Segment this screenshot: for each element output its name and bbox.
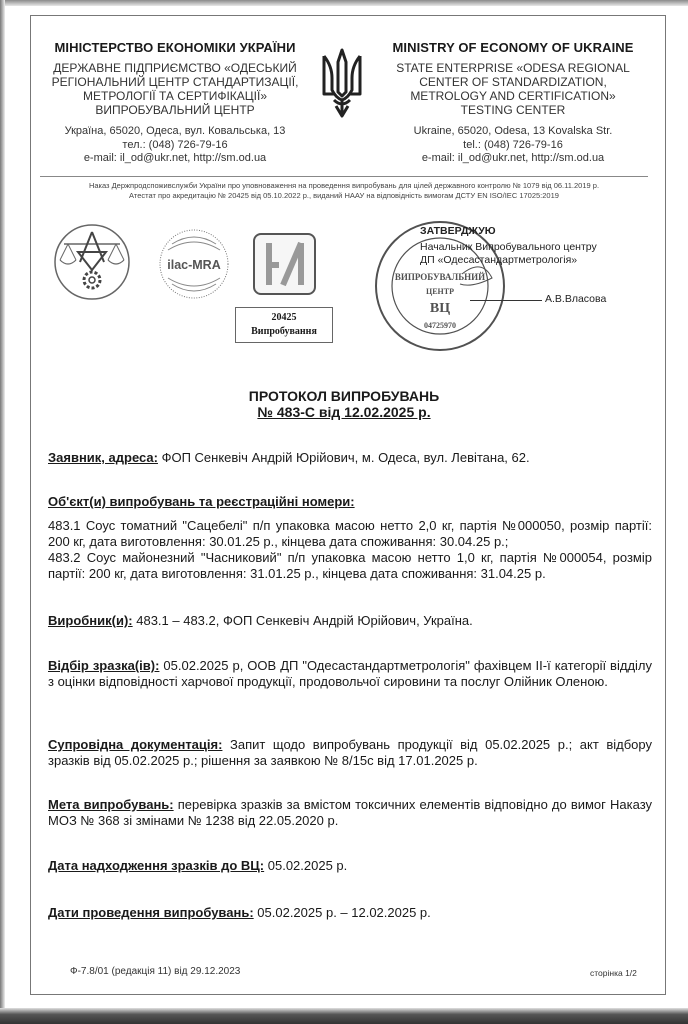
svg-text:ЦЕНТР: ЦЕНТР: [426, 287, 454, 296]
enterprise-line: ВИПРОБУВАЛЬНИЙ ЦЕНТР: [40, 103, 310, 117]
enterprise-line: STATE ENTERPRISE «ODESA REGIONAL: [378, 61, 648, 75]
applicant-value: ФОП Сенкевіч Андрій Юрійович, м. Одеса, …: [158, 450, 530, 465]
test-dates-label: Дати проведення випробувань:: [48, 905, 254, 920]
purpose-section: Мета випробувань: перевірка зразків за в…: [48, 797, 652, 829]
page-number: сторінка 1/2: [590, 968, 637, 978]
ministry-name-ua: МІНІСТЕРСТВО ЕКОНОМІКИ УКРАЇНИ: [40, 40, 310, 55]
protocol-number: № 483-С від 12.02.2025 р.: [0, 404, 688, 420]
objects-section: Об'єкт(и) випробувань та реєстраційні но…: [48, 494, 652, 582]
phone-line: тел.: (048) 726-79-16: [40, 139, 310, 153]
header-divider: [40, 176, 648, 177]
address-en: Ukraine, 65020, Odesa, 13 Kovalska Str. …: [378, 125, 648, 166]
enterprise-line: TESTING CENTER: [378, 103, 648, 117]
object-item: 483.2 Соус майонезний "Часниковий" п/п у…: [48, 550, 652, 582]
enterprise-line: ДЕРЖАВНЕ ПІДПРИЄМСТВО «ОДЕСЬКИЙ: [40, 61, 310, 75]
ministry-name-en: MINISTRY OF ECONOMY OF UKRAINE: [378, 40, 648, 55]
object-item: 483.1 Соус томатний "Сацебелі" п/п упако…: [48, 518, 652, 550]
approval-organization: ДП «Одесастандартметрологія»: [420, 254, 597, 267]
applicant-label: Заявник, адреса:: [48, 450, 158, 465]
enterprise-line: METROLOGY AND CERTIFICATION»: [378, 89, 648, 103]
header-english: MINISTRY OF ECONOMY OF UKRAINE STATE ENT…: [378, 40, 648, 166]
sampling-label: Відбір зразка(ів):: [48, 658, 159, 673]
scan-edge-left: [0, 0, 5, 1024]
enterprise-line: CENTER OF STANDARDIZATION,: [378, 75, 648, 89]
approver-name: А.В.Власова: [545, 293, 606, 305]
documentation-section: Супровідна документація: Запит щодо випр…: [48, 737, 652, 769]
enterprise-line: МЕТРОЛОГІЇ ТА СЕРТИФІКАЦІЇ»: [40, 89, 310, 103]
ilac-mra-logo-icon: ilac-MRA: [158, 228, 230, 300]
page-title: ПРОТОКОЛ ВИПРОБУВАНЬ: [0, 388, 688, 404]
header-ukrainian: МІНІСТЕРСТВО ЕКОНОМІКИ УКРАЇНИ ДЕРЖАВНЕ …: [40, 40, 310, 166]
svg-text:ВЦ: ВЦ: [430, 301, 450, 316]
scan-edge-top: [0, 0, 688, 6]
svg-text:ВИПРОБУВАЛЬНИЙ: ВИПРОБУВАЛЬНИЙ: [395, 272, 485, 282]
email-line: e-mail: il_od@ukr.net, http://sm.od.ua: [378, 152, 648, 166]
address-line: Україна, 65020, Одеса, вул. Ковальська, …: [40, 125, 310, 139]
receipt-date-label: Дата надходження зразків до ВЦ:: [48, 858, 264, 873]
form-code: Ф-7.8/01 (редакція 11) від 29.12.2023: [70, 966, 240, 977]
manufacturer-value: 483.1 – 483.2, ФОП Сенкевіч Андрій Юрійо…: [133, 613, 473, 628]
enterprise-name-en: STATE ENTERPRISE «ODESA REGIONAL CENTER …: [378, 61, 648, 117]
accreditation-number: 20425: [236, 311, 332, 325]
accreditation-badge: 20425 Випробування: [235, 307, 333, 343]
naau-logo-icon: [253, 233, 316, 295]
address-line: Ukraine, 65020, Odesa, 13 Kovalska Str.: [378, 125, 648, 139]
manufacturer-label: Виробник(и):: [48, 613, 133, 628]
signature-line: [470, 300, 542, 301]
purpose-label: Мета випробувань:: [48, 797, 174, 812]
scan-edge-bottom: [0, 1008, 688, 1024]
enterprise-name-ua: ДЕРЖАВНЕ ПІДПРИЄМСТВО «ОДЕСЬКИЙ РЕГІОНАЛ…: [40, 61, 310, 117]
svg-text:ilac-MRA: ilac-MRA: [167, 258, 220, 272]
objects-label: Об'єкт(и) випробувань та реєстраційні но…: [48, 494, 355, 509]
test-dates-value: 05.02.2025 р. – 12.02.2025 р.: [254, 905, 431, 920]
accreditation-certificate: Атестат про акредитацію № 20425 від 05.1…: [40, 191, 648, 200]
receipt-date-value: 05.02.2025 р.: [264, 858, 347, 873]
phone-line: tel.: (048) 726-79-16: [378, 139, 648, 153]
sampling-section: Відбір зразка(ів): 05.02.2025 р, ООВ ДП …: [48, 658, 652, 690]
documentation-label: Супровідна документація:: [48, 737, 222, 752]
metrology-seal-logo-icon: [50, 222, 134, 302]
test-dates-section: Дати проведення випробувань: 05.02.2025 …: [48, 905, 652, 921]
approval-title: ЗАТВЕРДЖУЮ: [420, 225, 597, 238]
manufacturer-section: Виробник(и): 483.1 – 483.2, ФОП Сенкевіч…: [48, 613, 652, 629]
enterprise-line: РЕГІОНАЛЬНИЙ ЦЕНТР СТАНДАРТИЗАЦІЇ,: [40, 75, 310, 89]
accreditation-scope: Випробування: [236, 325, 332, 339]
receipt-date-section: Дата надходження зразків до ВЦ: 05.02.20…: [48, 858, 652, 874]
approval-block: ЗАТВЕРДЖУЮ Начальник Випробувального цен…: [420, 225, 597, 267]
approval-position: Начальник Випробувального центру: [420, 241, 597, 254]
authorization-order: Наказ Держпродспоживслужби України про у…: [40, 181, 648, 190]
svg-text:04725970: 04725970: [424, 321, 456, 330]
applicant-section: Заявник, адреса: ФОП Сенкевіч Андрій Юрі…: [48, 450, 652, 466]
address-ua: Україна, 65020, Одеса, вул. Ковальська, …: [40, 125, 310, 166]
trident-icon: [318, 48, 366, 118]
email-line: e-mail: il_od@ukr.net, http://sm.od.ua: [40, 152, 310, 166]
